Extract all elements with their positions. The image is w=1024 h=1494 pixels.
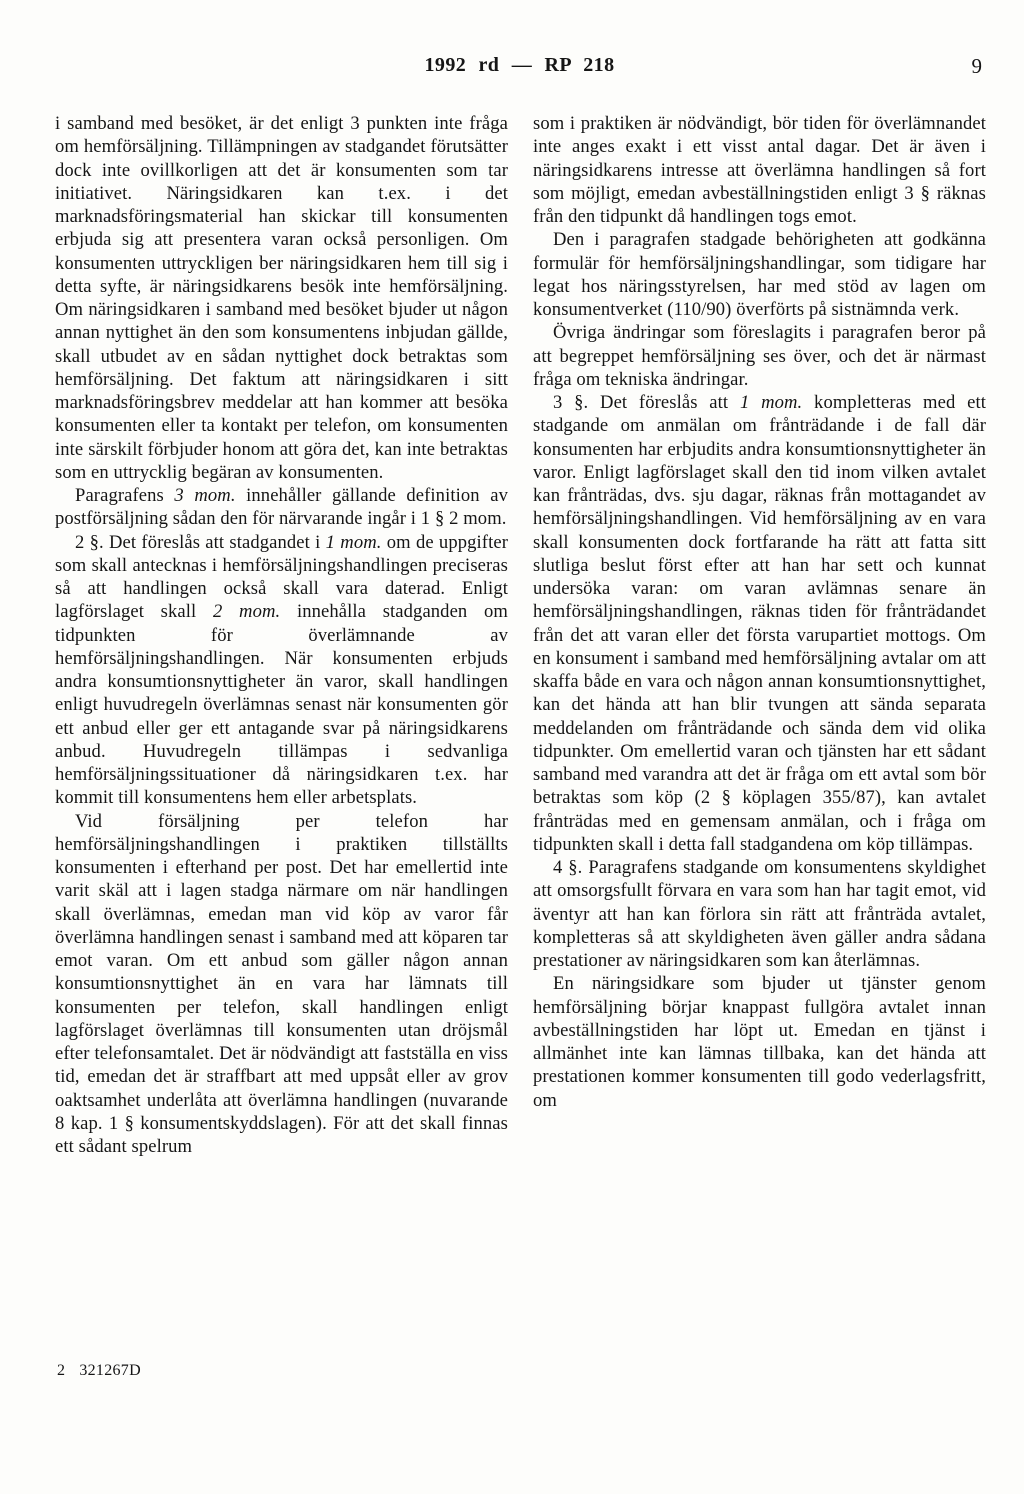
paragraph: Övriga ändringar som föreslagits i parag… — [533, 321, 986, 391]
paragraph: Den i paragrafen stadgade behörigheten a… — [533, 228, 986, 321]
text-run: Paragrafens — [75, 485, 174, 506]
paragraph: En näringsidkare som bjuder ut tjänster … — [533, 972, 986, 1112]
text-run: Övriga ändringar som föreslagits i parag… — [533, 322, 986, 390]
text-run: 4 §. Paragrafens stadgande om konsumente… — [533, 857, 986, 971]
text-run: kompletteras med ett stadgande om anmäla… — [533, 392, 986, 855]
text-run: Den i paragrafen stadgade behörigheten a… — [533, 229, 986, 320]
paragraph: 4 §. Paragrafens stadgande om konsumente… — [533, 856, 986, 972]
edition-number: 2 — [57, 1362, 65, 1379]
paragraph: 3 §. Det föreslås att 1 mom. komplettera… — [533, 391, 986, 856]
right-column: som i praktiken är nödvändigt, bör tiden… — [533, 112, 986, 1158]
italic-text-run: 2 mom. — [213, 601, 280, 622]
italic-text-run: 1 mom. — [740, 392, 802, 413]
text-run: innehålla stadganden om tidpunkten för ö… — [55, 601, 508, 808]
text-run: En näringsidkare som bjuder ut tjänster … — [533, 973, 986, 1110]
paragraph: i samband med besöket, är det enligt 3 p… — [55, 112, 508, 484]
italic-text-run: 1 mom. — [326, 532, 382, 553]
paragraph: Paragrafens 3 mom. innehåller gällande d… — [55, 484, 508, 531]
paragraph: som i praktiken är nödvändigt, bör tiden… — [533, 112, 986, 228]
italic-text-run: 3 mom. — [174, 485, 235, 506]
document-page: 1992 rd — RP 218 9 i samband med besöket… — [0, 0, 1024, 1494]
page-number: 9 — [972, 54, 983, 79]
paragraph: Vid försäljning per telefon har hemförsä… — [55, 810, 508, 1159]
page-footer: 2321267D — [57, 1362, 141, 1380]
page-header: 1992 rd — RP 218 9 — [55, 54, 984, 84]
text-columns: i samband med besöket, är det enligt 3 p… — [55, 112, 986, 1158]
left-column: i samband med besöket, är det enligt 3 p… — [55, 112, 508, 1158]
text-run: 3 §. Det föreslås att — [553, 392, 740, 413]
text-run: 2 §. Det föreslås att stadgandet i — [75, 532, 326, 553]
text-run: i samband med besöket, är det enligt 3 p… — [55, 113, 508, 483]
text-run: som i praktiken är nödvändigt, bör tiden… — [533, 113, 986, 227]
document-title: 1992 rd — RP 218 — [55, 54, 984, 77]
text-run: Vid försäljning per telefon har hemförsä… — [55, 811, 508, 1158]
paragraph: 2 §. Det föreslås att stadgandet i 1 mom… — [55, 531, 508, 810]
print-code: 321267D — [79, 1362, 141, 1379]
